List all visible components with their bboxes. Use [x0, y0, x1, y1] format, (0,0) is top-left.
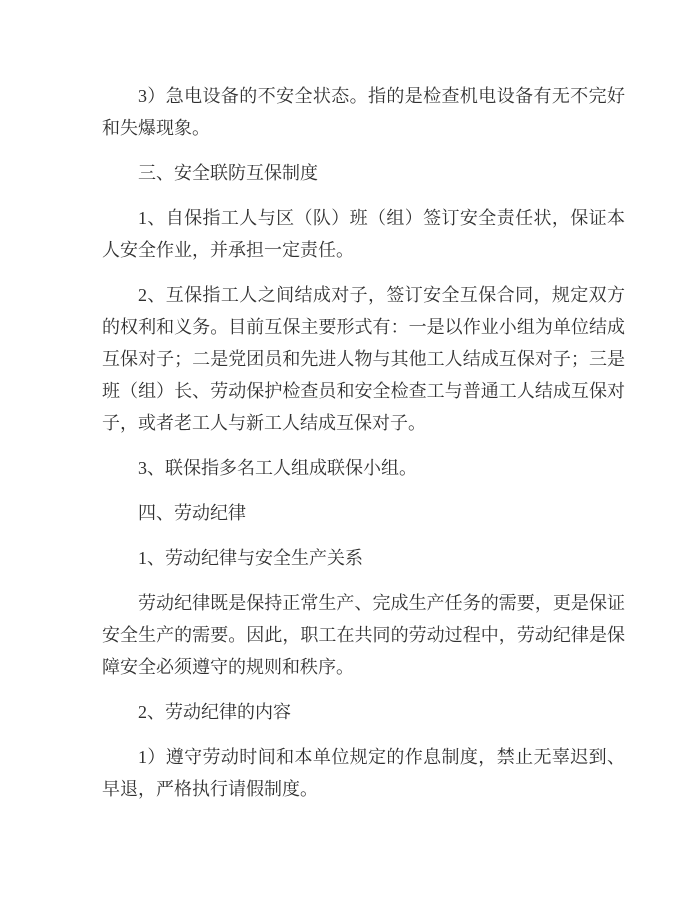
paragraph: 三、安全联防互保制度 — [102, 157, 625, 189]
document-page: 3）急电设备的不安全状态。指的是检查机电设备有无不完好和失爆现象。三、安全联防互… — [0, 0, 700, 905]
paragraph: 四、劳动纪律 — [102, 497, 625, 529]
paragraph: 劳动纪律既是保持正常生产、完成生产任务的需要，更是保证安全生产的需要。因此，职工… — [102, 587, 625, 683]
paragraph: 1、劳动纪律与安全生产关系 — [102, 542, 625, 574]
paragraph: 1、自保指工人与区（队）班（组）签订安全责任状，保证本人安全作业，并承担一定责任… — [102, 202, 625, 266]
paragraph: 2、互保指工人之间结成对子，签订安全互保合同，规定双方的权利和义务。目前互保主要… — [102, 279, 625, 439]
paragraph: 3、联保指多名工人组成联保小组。 — [102, 452, 625, 484]
paragraph: 3）急电设备的不安全状态。指的是检查机电设备有无不完好和失爆现象。 — [102, 80, 625, 144]
paragraph: 1）遵守劳动时间和本单位规定的作息制度，禁止无辜迟到、早退，严格执行请假制度。 — [102, 741, 625, 805]
paragraph: 2、劳动纪律的内容 — [102, 696, 625, 728]
